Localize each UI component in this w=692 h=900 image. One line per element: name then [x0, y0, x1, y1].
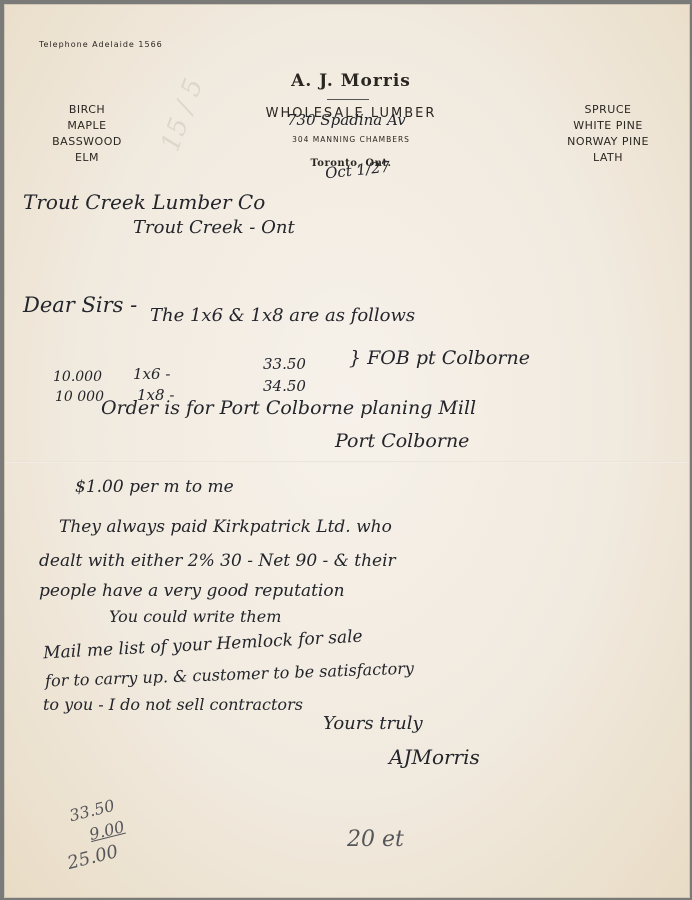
wood-item: NORWAY PINE: [543, 134, 673, 150]
telephone-line: Telephone Adelaide 1566: [39, 40, 163, 49]
salutation: Dear Sirs -: [23, 293, 137, 317]
woods-list-left: BIRCH MAPLE BASSWOOD ELM: [33, 102, 141, 166]
calc-line: 9.00: [87, 817, 126, 844]
company-name: A. J. Morris: [5, 71, 692, 91]
address-correction: 730 Spadina Av: [287, 111, 406, 129]
body-line: to you - I do not sell contractors: [43, 695, 303, 714]
wood-item: WHITE PINE: [543, 118, 673, 134]
closing: Yours truly: [323, 713, 423, 734]
letter-sheet: Telephone Adelaide 1566 A. J. Morris WHO…: [4, 4, 690, 898]
body-line: They always paid Kirkpatrick Ltd. who: [59, 517, 392, 537]
recipient-line-2: Trout Creek - Ont: [133, 217, 295, 238]
calc-line: 25.00: [65, 841, 120, 874]
wood-item: BIRCH: [33, 102, 141, 118]
order-line-1: Order is for Port Colborne planing Mill: [101, 397, 476, 419]
woods-list-right: SPRUCE WHITE PINE NORWAY PINE LATH: [543, 102, 673, 166]
body-line: dealt with either 2% 30 - Net 90 - & the…: [39, 551, 396, 571]
body-line: for to carry up. & customer to be satisf…: [45, 659, 414, 691]
body-line: You could write them: [109, 607, 281, 626]
paper-fold: [5, 461, 689, 463]
wood-item: ELM: [33, 150, 141, 166]
qty: 10 000: [55, 389, 104, 405]
bottom-note: 20 et: [347, 827, 404, 852]
price: 34.50: [263, 377, 306, 395]
fob-note: } FOB pt Colborne: [349, 347, 530, 369]
recipient-line-1: Trout Creek Lumber Co: [23, 190, 265, 214]
body-line: people have a very good reputation: [39, 581, 345, 601]
title-rule: [327, 99, 369, 100]
price: 33.50: [263, 355, 306, 373]
wood-item: LATH: [543, 150, 673, 166]
body-line: Mail me list of your Hemlock for sale: [43, 627, 363, 664]
commission-line: $1.00 per m to me: [75, 477, 234, 497]
size: 1x6 -: [133, 365, 170, 383]
intro-line: The 1x6 & 1x8 are as follows: [150, 305, 415, 326]
signature: AJMorris: [389, 745, 480, 769]
wood-item: MAPLE: [33, 118, 141, 134]
wood-item: BASSWOOD: [33, 134, 141, 150]
wood-item: SPRUCE: [543, 102, 673, 118]
order-line-2: Port Colborne: [335, 430, 469, 452]
qty: 10.000: [53, 369, 102, 385]
